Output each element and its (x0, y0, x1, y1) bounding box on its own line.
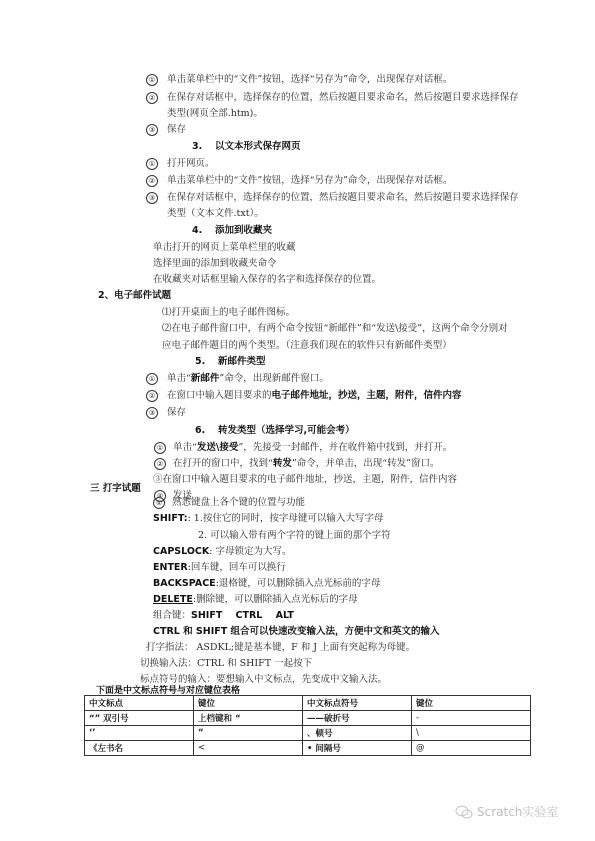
text-segment: 在打开的窗口中，找到“ (173, 458, 273, 469)
subheading-number: 3. (192, 141, 202, 153)
step-text: 单击“新邮件”命令，出现新邮件窗口。 (167, 373, 329, 385)
key-description: :删除键，可以删除插入点光标后的字母 (193, 594, 358, 605)
step-text: 保存 (167, 124, 186, 136)
subheading-number: 6. (195, 425, 205, 437)
table-header-cell: 键位 (194, 696, 303, 711)
table-cell: \ (412, 726, 531, 741)
step-text: 在打开的窗口中，找到“转发”命令，并单击，出现“转发”窗口。 (173, 458, 439, 470)
circle-number-2: ② (154, 458, 166, 470)
step-text: 类型（文本文件.txt）。 (167, 208, 264, 220)
watermark: Scratch实验室 (455, 803, 558, 820)
circle-number-2: ② (146, 175, 158, 187)
watermark-text: Scratch实验室 (477, 803, 558, 820)
key-description: :回车键，回车可以换行 (188, 562, 286, 573)
table-cell: ——破折号 (303, 711, 412, 726)
table-header-cell: 中文标点符号 (303, 696, 412, 711)
table-row: “” 双引号 上档键和 “ ——破折号 - (85, 711, 531, 726)
text-segment: ”，先接受一封邮件，并在收件箱中找到，并打开。 (238, 442, 452, 453)
key-description: : 字母锁定为大写。 (209, 546, 291, 557)
circle-number-3: ③ (146, 124, 158, 136)
table-row: 《左书名 < • 间隔号 @ (85, 741, 531, 756)
table-cell: < (194, 741, 303, 756)
subheading-title: 以文本形式保存网页 (215, 141, 301, 153)
wechat-icon (455, 805, 473, 819)
step-text: 在窗口中输入题目要求的电子邮件地址，抄送，主题，附件，信件内容 (167, 390, 462, 402)
circle-number-3: ③ (146, 407, 158, 419)
bold-keyword: 转发 (273, 458, 292, 469)
subheading-number: 5. (195, 356, 205, 368)
circle-number-2: ② (146, 92, 158, 104)
circle-number-1: ① (153, 497, 165, 509)
body-text: 熟悉键盘上各个键的位置与功能 (172, 497, 305, 509)
bold-keyword: 新邮件 (191, 373, 220, 384)
table-row: ‘’ “ 、顿号 \ (85, 726, 531, 741)
text-segment: 在窗口中输入题目要求的 (167, 390, 272, 401)
key-name: CAPSLOCK (153, 546, 209, 557)
circle-number-3: ③ (146, 192, 158, 204)
step-text: 类型(网页全部.htm)。 (167, 108, 263, 120)
text-segment: ”命令，并单击，出现“转发”窗口。 (292, 458, 440, 469)
combo-keys: SHIFT CTRL ALT (191, 610, 294, 621)
step-text: 单击菜单栏中的“文件”按钮，选择“另存为”命令，出现保存对话框。 (167, 175, 452, 187)
typing-fingering: 打字指法： ASDKL;键是基本键，F 和 J 上面有突起称为母键。 (146, 642, 415, 654)
step-text: 在保存对话框中，选择保存的位置，然后按题目要求命名，然后按题目要求选择保存 (167, 192, 519, 204)
body-text: 选择里面的添加到收藏夹命令 (153, 258, 277, 270)
step-text: 单击菜单栏中的“文件”按钮，选择“另存为”命令，出现保存对话框。 (167, 74, 452, 86)
subheading-title: 添加到收藏夹 (215, 225, 272, 237)
body-text: ⑴打开桌面上的电子邮件图标。 (162, 307, 295, 319)
table-cell: - (412, 711, 531, 726)
key-description: 2. 可以输入带有两个字符的键上面的那个字符 (198, 530, 391, 542)
table-cell: • 间隔号 (303, 741, 412, 756)
switch-input-method: 切换输入法：CTRL 和 SHIFT 一起按下 (140, 658, 312, 670)
step-text: 在保存对话框中，选择保存的位置，然后按题目要求命名，然后按题目要求选择保存 (167, 92, 519, 104)
circle-number-2: ② (146, 390, 158, 402)
key-description: : 1.按住它的同时，按字母键可以输入大写字母 (188, 513, 384, 524)
circle-number-1: ① (154, 442, 166, 454)
step-text: 保存 (167, 407, 186, 419)
text-segment: 单击“ (173, 442, 197, 453)
key-name: SHIFT: (153, 513, 188, 524)
table-cell: “ (194, 726, 303, 741)
combo-label: 组合键： (153, 610, 191, 621)
table-cell: @ (412, 741, 531, 756)
text-segment: 单击“ (167, 373, 191, 384)
table-header-cell: 中文标点 (85, 696, 194, 711)
key-name: BACKSPACE (153, 578, 216, 589)
circle-number-1: ① (146, 158, 158, 170)
body-text: ⑵在电子邮件窗口中，有两个命令按钮“新邮件”和“发送\接受”，这两个命令分别对 (162, 323, 508, 335)
text-segment: ”命令，出现新邮件窗口。 (219, 373, 328, 384)
body-text: 应电子邮件题目的两个类型。（注意我们现在的软件只有新邮件类型） (162, 340, 452, 352)
subheading-title: 转发类型（选择学习,可能会考） (218, 425, 355, 437)
section-title-email: 2、电子邮件试题 (98, 290, 171, 302)
combo-note: CTRL 和 SHIFT 组合可以快速改变输入法，方便中文和英文的输入 (153, 626, 440, 638)
key-backspace-row: BACKSPACE:退格键，可以删除插入点光标前的字母 (153, 578, 380, 590)
subheading-number: 4. (192, 225, 202, 237)
step-text: 打开网页。 (167, 158, 215, 170)
table-cell: ‘’ (85, 726, 194, 741)
circle-number-1: ① (146, 373, 158, 385)
key-name: DELETE (153, 594, 193, 605)
key-capslock-row: CAPSLOCK: 字母锁定为大写。 (153, 546, 292, 558)
body-text: 在收藏夹对话框里输入保存的名字和选择保存的位置。 (153, 274, 381, 286)
circle-number-1: ① (146, 74, 158, 86)
step-text: ③在窗口中输入题目要求的电子邮件地址，抄送，主题，附件，信件内容 (153, 474, 457, 486)
body-text: 单击打开的网页上菜单栏里的收藏 (153, 242, 296, 254)
key-enter-row: ENTER:回车键，回车可以换行 (153, 562, 286, 574)
punctuation-key-table: 中文标点 键位 中文标点符号 键位 “” 双引号 上档键和 “ ——破折号 - … (84, 695, 531, 756)
table-cell: 上档键和 “ (194, 711, 303, 726)
step-text: 单击“发送\接受”，先接受一封邮件，并在收件箱中找到，并打开。 (173, 442, 452, 454)
table-cell: “” 双引号 (85, 711, 194, 726)
key-shift-row: SHIFT:: 1.按住它的同时，按字母键可以输入大写字母 (153, 513, 383, 525)
table-cell: 、顿号 (303, 726, 412, 741)
bold-keyword: 发送\接受 (197, 442, 238, 453)
section-title-typing: 三 打字试题 (90, 483, 141, 495)
bold-keyword: 电子邮件地址，抄送，主题，附件，信件内容 (272, 390, 462, 401)
key-delete-row: DELETE:删除键，可以删除插入点光标后的字母 (153, 594, 358, 606)
table-header-cell: 键位 (412, 696, 531, 711)
subheading-title: 新邮件类型 (218, 356, 266, 368)
key-name: ENTER (153, 562, 188, 573)
combo-keys-row: 组合键：SHIFT CTRL ALT (153, 610, 294, 622)
table-header-row: 中文标点 键位 中文标点符号 键位 (85, 696, 531, 711)
table-cell: 《左书名 (85, 741, 194, 756)
key-description: :退格键，可以删除插入点光标前的字母 (216, 578, 381, 589)
